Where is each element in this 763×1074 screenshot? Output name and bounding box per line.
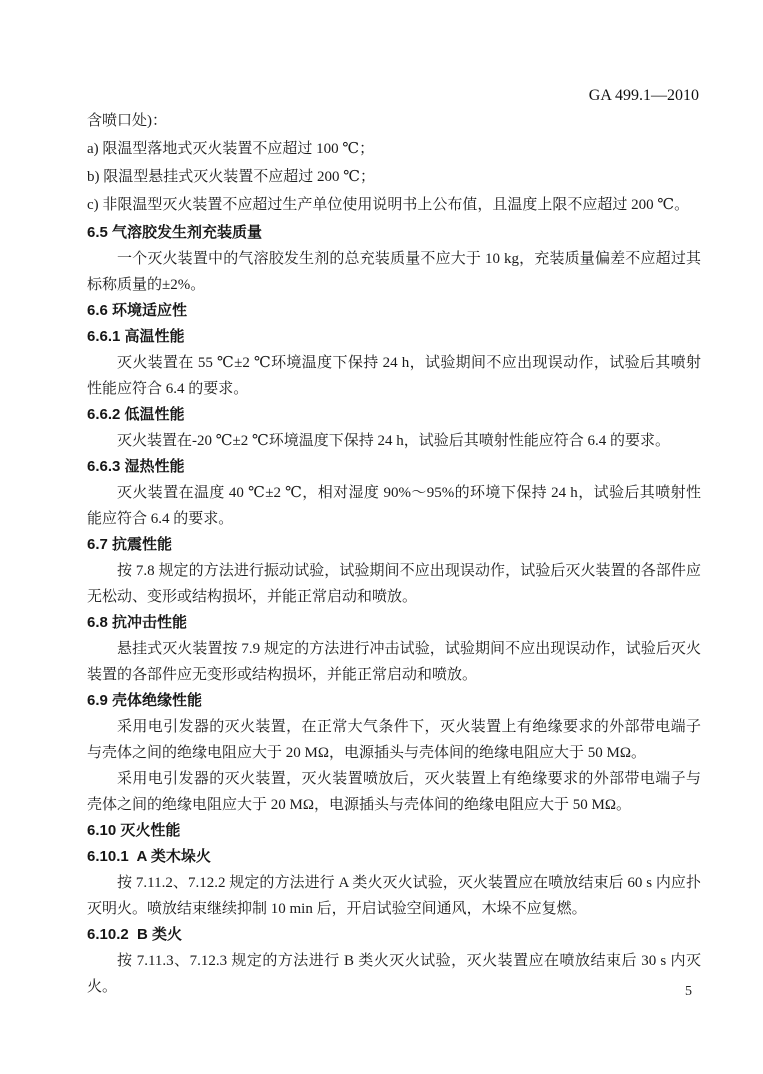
heading-6-9: 6.9 壳体绝缘性能 (87, 688, 701, 714)
heading-6-10: 6.10 灭火性能 (87, 818, 701, 844)
body-paragraph: 按 7.8 规定的方法进行振动试验，试验期间不应出现误动作，试验后灭火装置的各部… (87, 558, 701, 610)
body-paragraph: 一个灭火装置中的气溶胶发生剂的总充装质量不应大于 10 kg，充装质量偏差不应超… (87, 246, 701, 298)
body-paragraph: 灭火装置在-20 ℃±2 ℃环境温度下保持 24 h，试验后其喷射性能应符合 6… (87, 428, 701, 454)
list-item-c: c) 非限温型灭火装置不应超过生产单位使用说明书上公布值，且温度上限不应超过 2… (87, 192, 701, 218)
heading-6-10-2: 6.10.2 B 类火 (87, 922, 701, 948)
document-page: GA 499.1—2010 含喷口处)： a) 限温型落地式灭火装置不应超过 1… (0, 0, 763, 1074)
heading-6-6-2: 6.6.2 低温性能 (87, 402, 701, 428)
page-number: 5 (685, 984, 692, 999)
list-item-a: a) 限温型落地式灭火装置不应超过 100 ℃； (87, 136, 701, 162)
heading-6-7: 6.7 抗震性能 (87, 532, 701, 558)
body-paragraph: 采用电引发器的灭火装置，灭火装置喷放后，灭火装置上有绝缘要求的外部带电端子与壳体… (87, 766, 701, 818)
heading-6-6: 6.6 环境适应性 (87, 298, 701, 324)
heading-6-8: 6.8 抗冲击性能 (87, 610, 701, 636)
page-footer: 5 (685, 984, 692, 1000)
heading-6-6-3: 6.6.3 湿热性能 (87, 454, 701, 480)
list-item-b: b) 限温型悬挂式灭火装置不应超过 200 ℃； (87, 164, 701, 190)
body-paragraph: 按 7.11.2、7.12.2 规定的方法进行 A 类火灭火试验，灭火装置应在喷… (87, 870, 701, 922)
body-paragraph: 采用电引发器的灭火装置，在正常大气条件下，灭火装置上有绝缘要求的外部带电端子与壳… (87, 714, 701, 766)
body-paragraph: 灭火装置在温度 40 ℃±2 ℃，相对湿度 90%～95%的环境下保持 24 h… (87, 480, 701, 532)
heading-6-10-1: 6.10.1 A 类木垛火 (87, 844, 701, 870)
page-header: GA 499.1—2010 (87, 87, 699, 105)
heading-6-5: 6.5 气溶胶发生剂充装质量 (87, 220, 701, 246)
standard-number: GA 499.1—2010 (589, 87, 699, 104)
body-paragraph: 悬挂式灭火装置按 7.9 规定的方法进行冲击试验，试验期间不应出现误动作，试验后… (87, 636, 701, 688)
body-paragraph: 灭火装置在 55 ℃±2 ℃环境温度下保持 24 h，试验期间不应出现误动作，试… (87, 350, 701, 402)
body-paragraph: 按 7.11.3、7.12.3 规定的方法进行 B 类火灭火试验，灭火装置应在喷… (87, 948, 701, 1000)
continuation-text: 含喷口处)： (87, 108, 701, 134)
heading-6-6-1: 6.6.1 高温性能 (87, 324, 701, 350)
document-body: 含喷口处)： a) 限温型落地式灭火装置不应超过 100 ℃； b) 限温型悬挂… (87, 108, 701, 1000)
